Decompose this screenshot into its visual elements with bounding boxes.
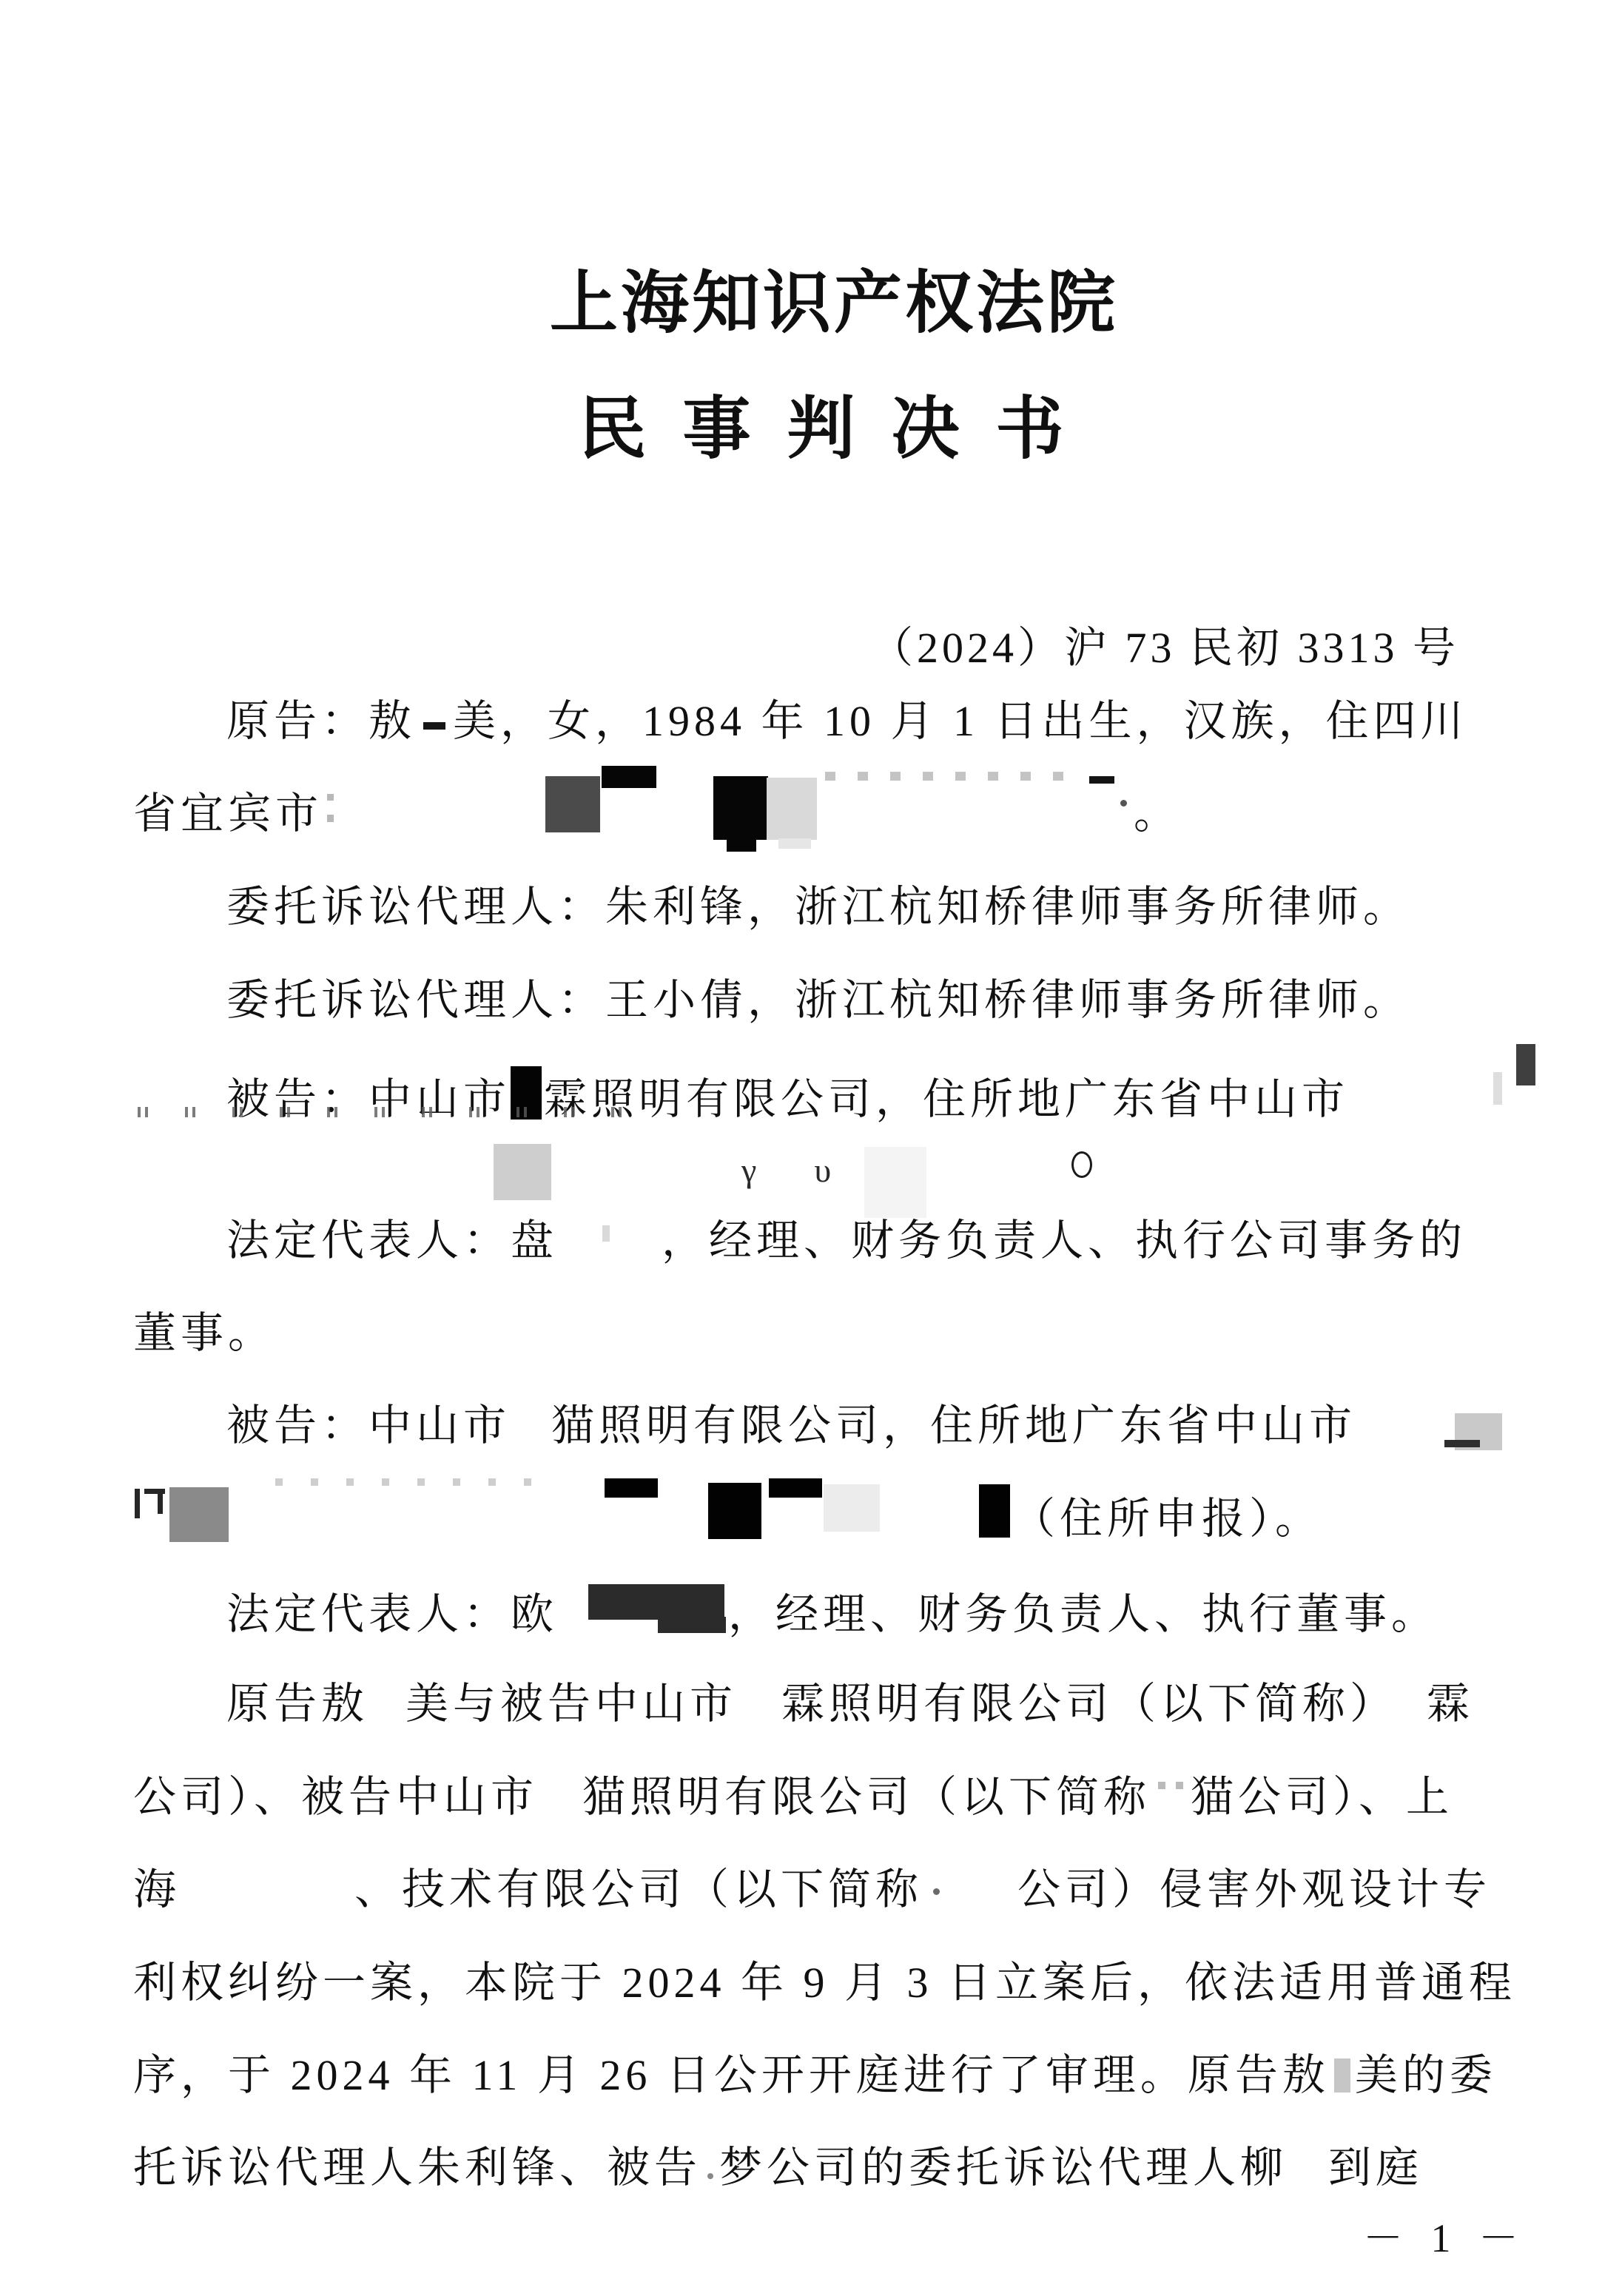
plaintiff-text-post: 美，女，1984 年 10 月 1 日出生，汉族，住四川 (453, 697, 1468, 745)
case-intro-line-2: 公司）、被告中山市猫照明有限公司（以下简称猫公司）、上 (133, 1770, 1532, 1825)
legal-rep1-cont-line: 董事。 (133, 1306, 1532, 1361)
intro-text: 序，于 2024 年 11 月 26 日公开开庭进行了审理。原告敖 (133, 2051, 1330, 2099)
plaintiff-text-pre: 原告：敖 (226, 697, 416, 745)
redaction-block (769, 1478, 822, 1498)
court-name-title: 上海知识产权法院 (0, 249, 1622, 346)
intro-text: 霖照明有限公司（以下简称） (781, 1680, 1397, 1728)
legal-rep2-text-pre: 法定代表人：欧 (226, 1590, 558, 1638)
redaction-block (169, 1487, 229, 1542)
intro-text: 霖 (1427, 1680, 1474, 1728)
agent-text: 委托诉讼代理人：王小倩，浙江杭知桥律师事务所律师。 (226, 976, 1410, 1024)
redacted-gap (558, 1618, 585, 1620)
intro-text: 公司）、被告中山市 (133, 1773, 538, 1821)
intro-text: 海 (133, 1865, 181, 1913)
defendant2-text-post: 猫照明有限公司，住所地广东省中山市 (551, 1401, 1356, 1450)
redacted-gap (610, 1245, 662, 1246)
agent-line-2: 委托诉讼代理人：王小倩，浙江杭知桥律师事务所律师。 (133, 973, 1622, 1028)
plaintiff-info-line: 原告：敖美，女，1984 年 10 月 1 日出生，汉族，住四川 (133, 694, 1622, 749)
agent-text: 委托诉讼代理人：朱利锋，浙江杭知桥律师事务所律师。 (226, 883, 1410, 931)
case-intro-line-3: 海、技术有限公司（以下简称公司）侵害外观设计专 (133, 1862, 1532, 1917)
redacted-gap (701, 2172, 707, 2173)
redaction-block (545, 776, 600, 832)
scan-remnant (1071, 1151, 1092, 1178)
redacted-gap (511, 1430, 551, 1431)
page-number: － 1 － (1363, 2206, 1527, 2263)
redaction-block (602, 766, 656, 788)
document-type-title: 民 事 判 决 书 (0, 374, 1622, 472)
redaction-block (708, 1483, 761, 1539)
redacted-gap (369, 1708, 405, 1709)
scan-remnant (1158, 1782, 1191, 1789)
intro-text: 美的委 (1355, 2051, 1497, 2099)
redaction-block (767, 778, 817, 840)
case-intro-line-6: 托诉讼代理人朱利锋、被告梦公司的委托诉讼代理人柳到庭 (133, 2141, 1532, 2195)
redacted-gap (1151, 1801, 1158, 1802)
legal-rep1-text-post: ，经理、财务负责人、执行公司事务的 (662, 1216, 1467, 1265)
legal-rep1-cont-text: 董事。 (133, 1309, 275, 1357)
intro-text: 利权纠纷一案，本院于 2024 年 9 月 3 日立案后，依法适用普通程 (133, 1959, 1516, 2007)
defendant2-text-pre: 被告：中山市 (226, 1401, 511, 1450)
redaction-block (778, 838, 811, 849)
intro-text: 梦公司的委托诉讼代理人柳 (719, 2144, 1288, 2192)
redaction-block (1334, 2058, 1350, 2093)
redaction-block (824, 1484, 880, 1532)
intro-text: 公司）侵害外观设计专 (1017, 1865, 1491, 1913)
defendant2-info-line: 被告：中山市猫照明有限公司，住所地广东省中山市 (133, 1398, 1622, 1453)
legal-rep1-line: 法定代表人：盘，经理、财务负责人、执行公司事务的 (133, 1213, 1622, 1268)
redacted-gap (737, 1708, 781, 1709)
scan-remnant (138, 1107, 626, 1117)
scan-remnant (1493, 1072, 1502, 1105)
address-text: 省宜宾市 (133, 790, 323, 838)
intro-text: 猫照明有限公司（以下简称 (582, 1773, 1151, 1821)
scan-remnant: γ υ (741, 1143, 843, 1192)
redacted-gap (923, 1893, 933, 1895)
legal-rep1-text-pre: 法定代表人：盘 (226, 1216, 558, 1265)
redacted-gap (1397, 1708, 1427, 1709)
scan-remnant (1120, 800, 1127, 807)
intro-text: 到庭 (1328, 2144, 1423, 2192)
intro-text: 原告敖 (226, 1680, 369, 1728)
judgment-document-page: 上海知识产权法院 民 事 判 决 书 （2024）沪 73 民初 3313 号 … (0, 0, 1622, 2296)
intro-text: 美与被告中山市 (405, 1680, 737, 1728)
partial-character-remnant (135, 1489, 172, 1518)
redaction-block (864, 1147, 926, 1218)
intro-text: 、技术有限公司（以下简称 (354, 1865, 923, 1913)
scan-remnant (825, 772, 1077, 781)
redacted-gap (558, 1245, 602, 1246)
redacted-gap (1288, 2172, 1328, 2173)
plaintiff-address-line: 省宜宾市 。 (133, 787, 1532, 841)
defendant1-text-post: 霖照明有限公司，住所地广东省中山市 (544, 1075, 1349, 1123)
redaction-block (1516, 1044, 1535, 1085)
redaction-block (588, 1584, 724, 1620)
agent-line-1: 委托诉讼代理人：朱利锋，浙江杭知桥律师事务所律师。 (133, 880, 1622, 935)
legal-rep2-line: 法定代表人：欧，经理、财务负责人、执行董事。 (133, 1584, 1622, 1639)
redaction-block (979, 1484, 1010, 1538)
residence-declared-text: （住所申报）。 (1012, 1492, 1322, 1546)
redacted-gap (181, 1893, 354, 1895)
redaction-block (1444, 1440, 1480, 1447)
redaction-block (494, 1144, 551, 1200)
intro-text: 托诉讼代理人朱利锋、被告 (133, 2144, 701, 2192)
defendant2-address-line: （住所申报）。 (133, 1492, 1532, 1546)
redacted-gap (713, 2172, 719, 2173)
case-intro-line-1: 原告敖美与被告中山市霖照明有限公司（以下简称）霖 (133, 1677, 1622, 1731)
legal-rep2-text-post: ，经理、财务负责人、执行董事。 (728, 1590, 1438, 1638)
scan-remnant (275, 1478, 549, 1486)
redaction-block (423, 722, 445, 730)
redaction-block (727, 838, 756, 852)
scan-remnant (602, 1225, 610, 1242)
scan-remnant (327, 794, 334, 822)
case-number: （2024）沪 73 民初 3313 号 (870, 613, 1459, 675)
case-intro-line-4: 利权纠纷一案，本院于 2024 年 9 月 3 日立案后，依法适用普通程 (133, 1956, 1532, 2010)
redacted-gap (940, 1893, 1017, 1895)
redaction-block (605, 1478, 658, 1498)
intro-text: 猫公司）、上 (1191, 1773, 1453, 1821)
scan-remnant (707, 2173, 713, 2179)
case-intro-line-5: 序，于 2024 年 11 月 26 日公开开庭进行了审理。原告敖美的委 (133, 2048, 1532, 2103)
address-period: 。 (1134, 787, 1181, 841)
scan-remnant (933, 1888, 940, 1895)
redaction-block (1089, 776, 1114, 784)
redacted-gap (538, 1801, 582, 1802)
redaction-block (713, 776, 768, 840)
